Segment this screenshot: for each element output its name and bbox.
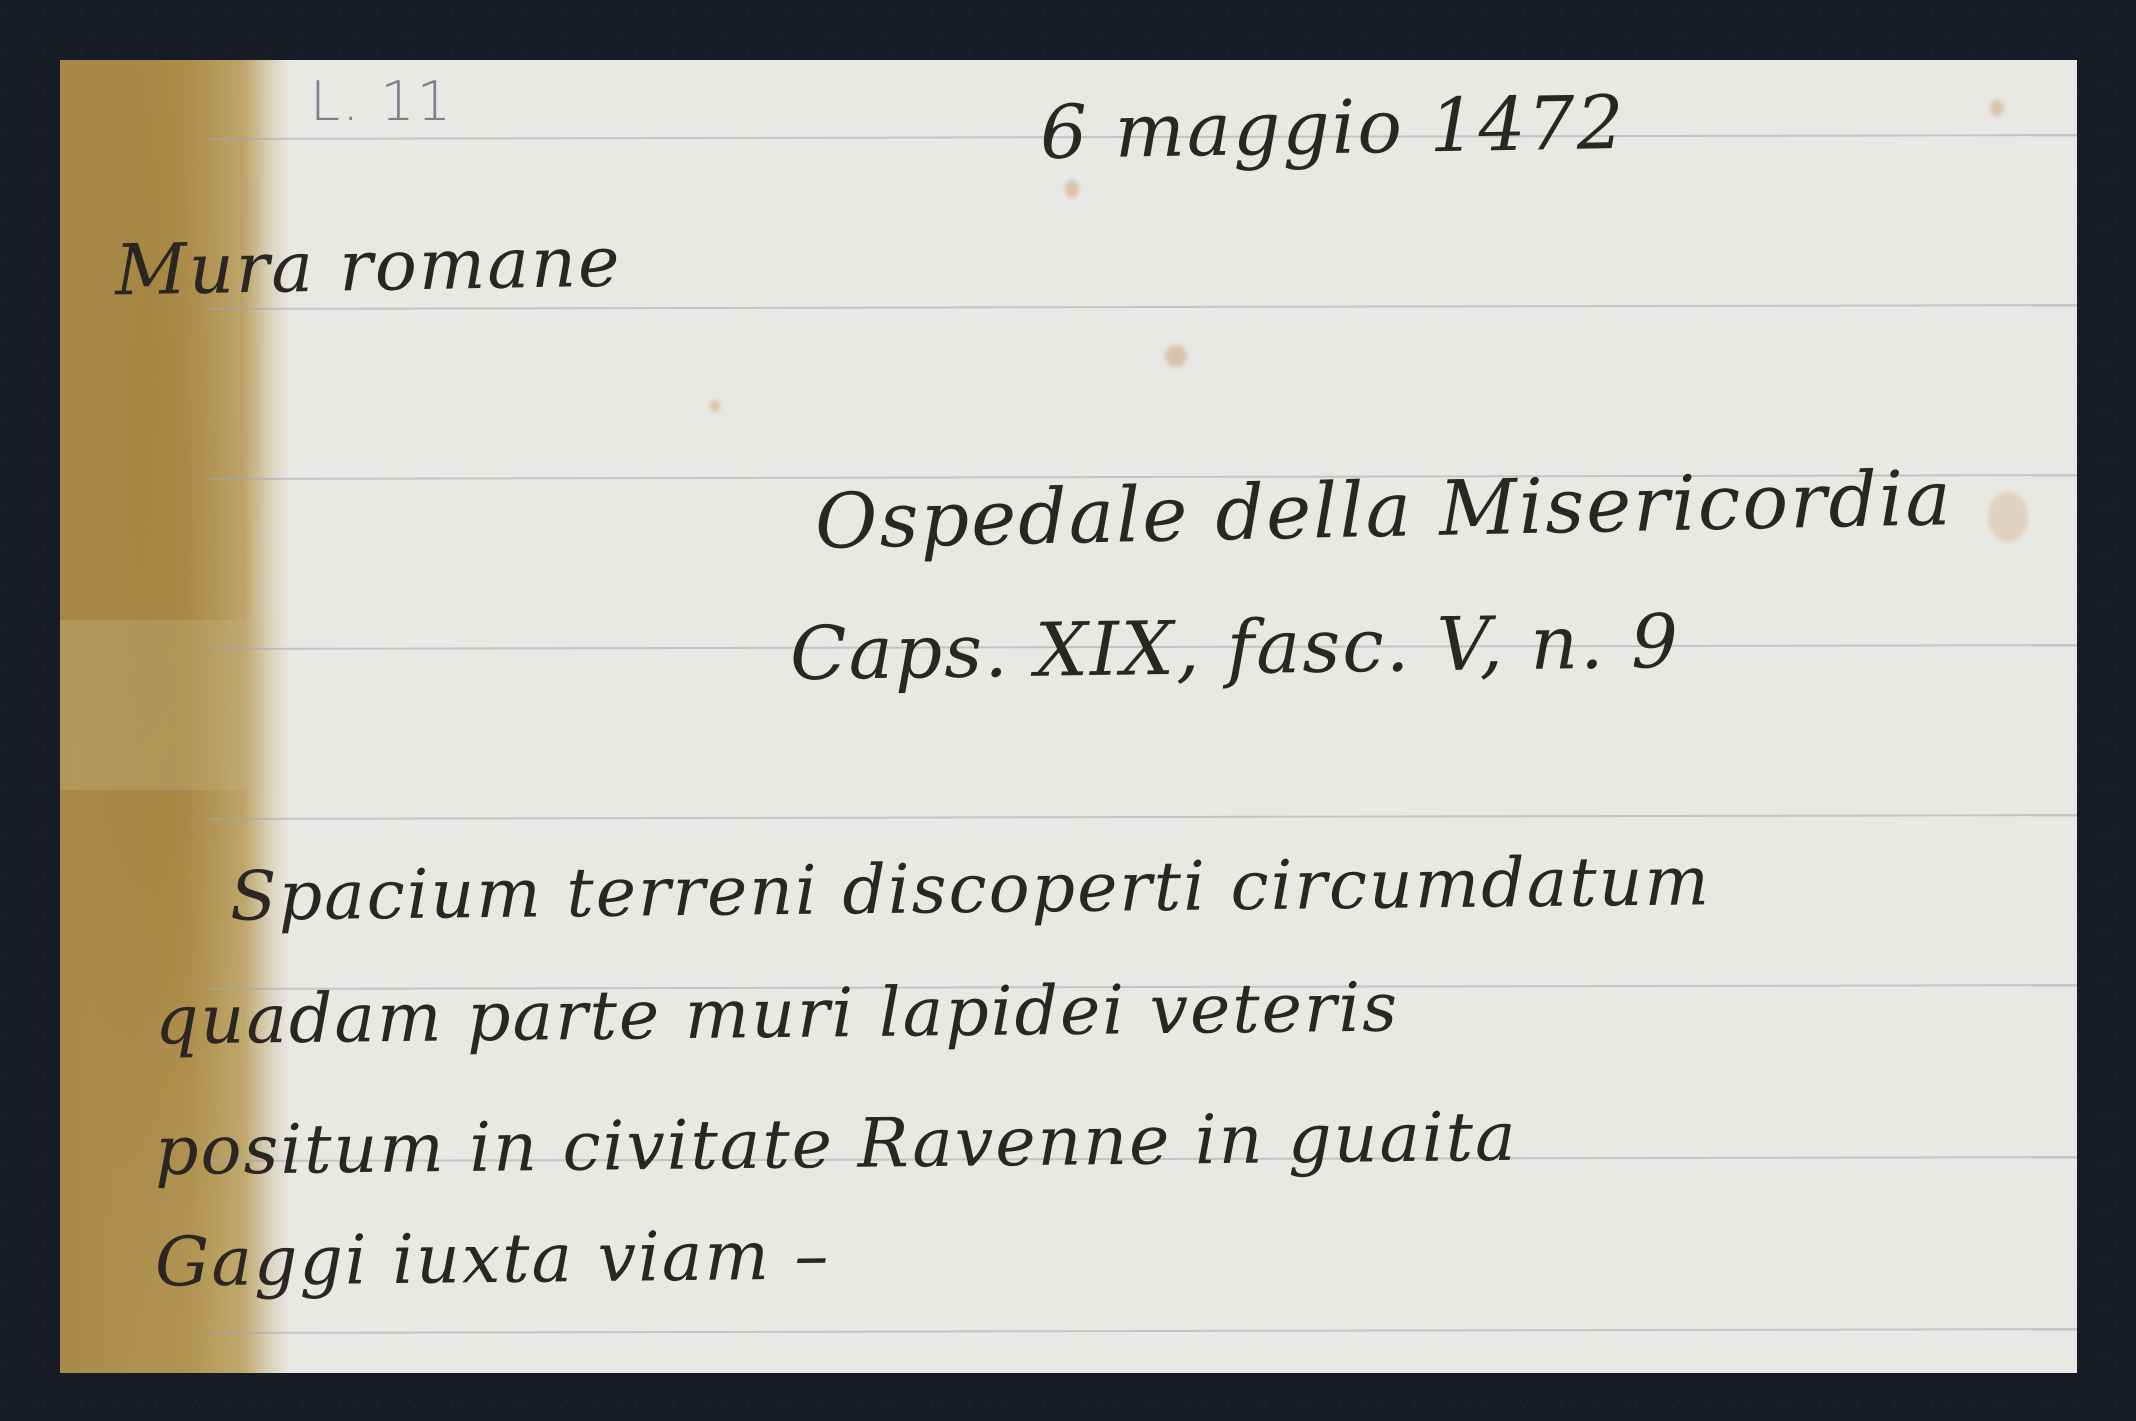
foxing-spot <box>1990 100 2004 116</box>
ruled-line <box>210 1328 2077 1334</box>
transcription-line: quadam parte muri lapidei veteris <box>155 968 1400 1060</box>
water-stain-lighter-band <box>60 620 275 790</box>
transcription-line: Spacium terreni discoperti circumdatum <box>230 842 1712 937</box>
foxing-spot <box>1165 345 1187 367</box>
transcription-line: Gaggi iuxta viam – <box>155 1216 831 1302</box>
foxing-spot <box>1988 492 2028 542</box>
date: 6 maggio 1472 <box>1039 80 1626 176</box>
archive-reference: Caps. XIX, fasc. V, n. 9 <box>789 599 1680 697</box>
archive-institution: Ospedale della Misericordia <box>814 453 1953 566</box>
foxing-spot <box>710 400 720 412</box>
foxing-spot <box>1065 180 1079 198</box>
transcription-line: positum in civitate Ravenne in guaita <box>155 1098 1518 1191</box>
ruled-line <box>210 814 2077 820</box>
ruled-line <box>210 304 2077 310</box>
shelf-mark: L. 11 <box>310 70 453 133</box>
subject-heading: Mura romane <box>114 221 622 312</box>
index-card: L. 11 6 maggio 1472 Mura romane Ospedale… <box>60 60 2077 1373</box>
